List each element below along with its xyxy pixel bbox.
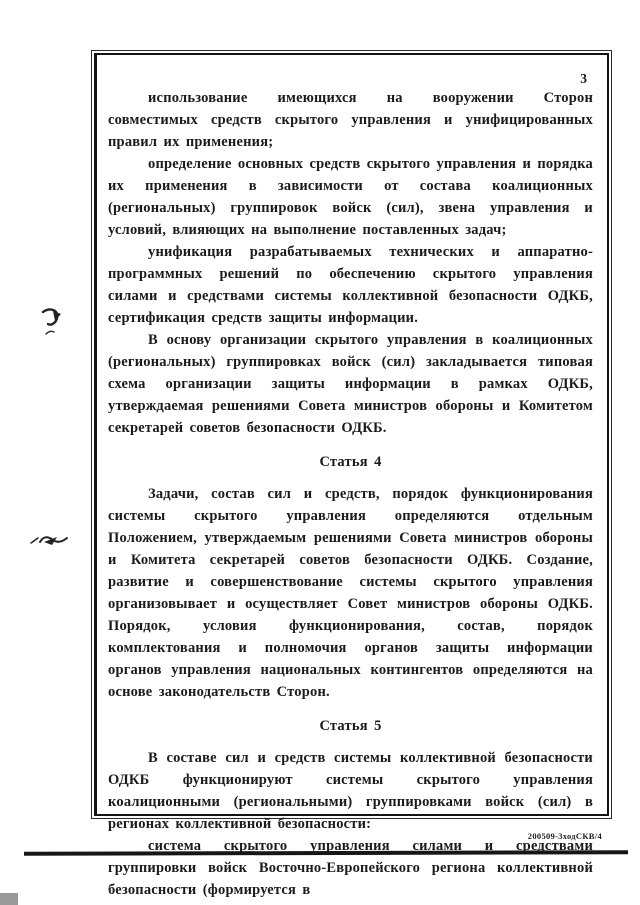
paragraph: определение основных средств скрытого уп… [108, 153, 593, 241]
corner-artifact [0, 893, 18, 905]
paragraph: система скрытого управления силами и сре… [108, 835, 593, 901]
scanned-document-page: { "page": { "number": "3", "footer_code"… [0, 0, 640, 905]
paragraph: использование имеющихся на вооружении Ст… [108, 87, 593, 153]
handwritten-mark-icon [29, 529, 71, 556]
footer-code: 200509-3ходСКВ/4 [528, 831, 602, 841]
article-heading: Статья 4 [108, 451, 593, 473]
page-frame: 3 использование имеющихся на вооружении … [91, 50, 612, 819]
handwritten-mark-icon [40, 306, 66, 345]
document-body: использование имеющихся на вооружении Ст… [95, 51, 609, 901]
paragraph: В основу организации скрытого управления… [108, 329, 593, 439]
article-heading: Статья 5 [108, 715, 593, 737]
paragraph: В составе сил и средств системы коллекти… [108, 747, 593, 835]
paragraph: Задачи, состав сил и средств, порядок фу… [108, 483, 593, 703]
paragraph: унификация разрабатываемых технических и… [108, 241, 593, 329]
